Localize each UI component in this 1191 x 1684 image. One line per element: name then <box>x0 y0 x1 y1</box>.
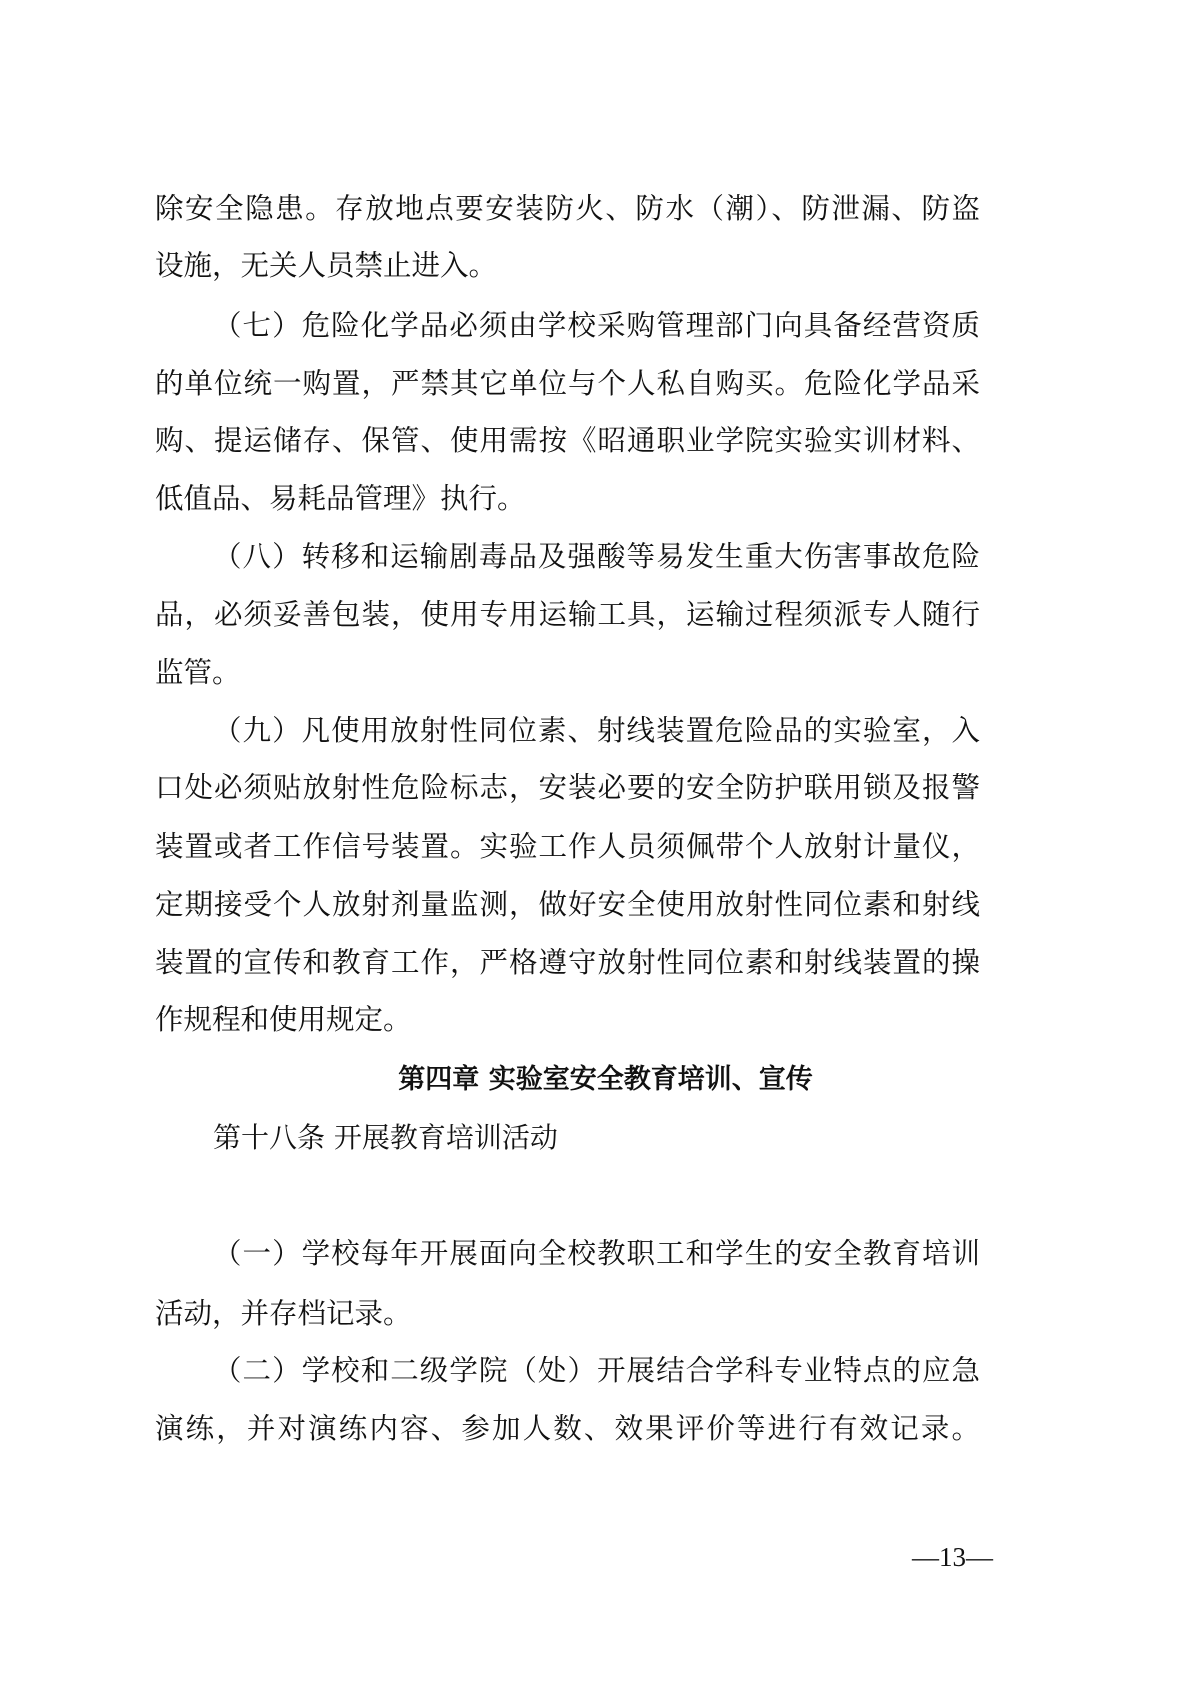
body-line: 购、提运储存、保管、使用需按《昭通职业学院实验实训材料、 <box>155 421 980 461</box>
body-line: 定期接受个人放射剂量监测，做好安全使用放射性同位素和射线 <box>155 885 980 925</box>
body-line: 设施，无关人员禁止进入。 <box>155 246 980 286</box>
clause-2-line: （二）学校和二级学院（处）开展结合学科专业特点的应急 <box>213 1351 980 1391</box>
body-line: 作规程和使用规定。 <box>155 1000 980 1040</box>
body-line: 装置或者工作信号装置。实验工作人员须佩带个人放射计量仪， <box>155 827 980 867</box>
body-line: 的单位统一购置，严禁其它单位与个人私自购买。危险化学品采 <box>155 364 980 404</box>
clause-1-line: （一）学校每年开展面向全校教职工和学生的安全教育培训 <box>213 1234 980 1274</box>
clause-7-line: （七）危险化学品必须由学校采购管理部门向具备经营资质 <box>213 306 980 346</box>
chapter-heading: 第四章 实验室安全教育培训、宣传 <box>0 1060 1191 1100</box>
document-page: 除安全隐患。存放地点要安装防火、防水（潮）、防泄漏、防盗 设施，无关人员禁止进入… <box>0 0 1191 1684</box>
body-line: 活动，并存档记录。 <box>155 1294 980 1334</box>
body-line: 监管。 <box>155 653 980 693</box>
clause-8-line: （八）转移和运输剧毒品及强酸等易发生重大伤害事故危险 <box>213 537 980 577</box>
body-line: 演练，并对演练内容、参加人数、效果评价等进行有效记录。 <box>155 1409 980 1449</box>
body-line: 口处必须贴放射性危险标志，安装必要的安全防护联用锁及报警 <box>155 768 980 808</box>
body-line: 低值品、易耗品管理》执行。 <box>155 479 980 519</box>
body-line: 除安全隐患。存放地点要安装防火、防水（潮）、防泄漏、防盗 <box>155 189 980 229</box>
body-line: 装置的宣传和教育工作，严格遵守放射性同位素和射线装置的操 <box>155 943 980 983</box>
page-number: —13— <box>905 1537 1000 1577</box>
article-heading: 第十八条 开展教育培训活动 <box>213 1118 558 1158</box>
clause-9-line: （九）凡使用放射性同位素、射线装置危险品的实验室，入 <box>213 711 980 751</box>
body-line: 品，必须妥善包装，使用专用运输工具，运输过程须派专人随行 <box>155 595 980 635</box>
